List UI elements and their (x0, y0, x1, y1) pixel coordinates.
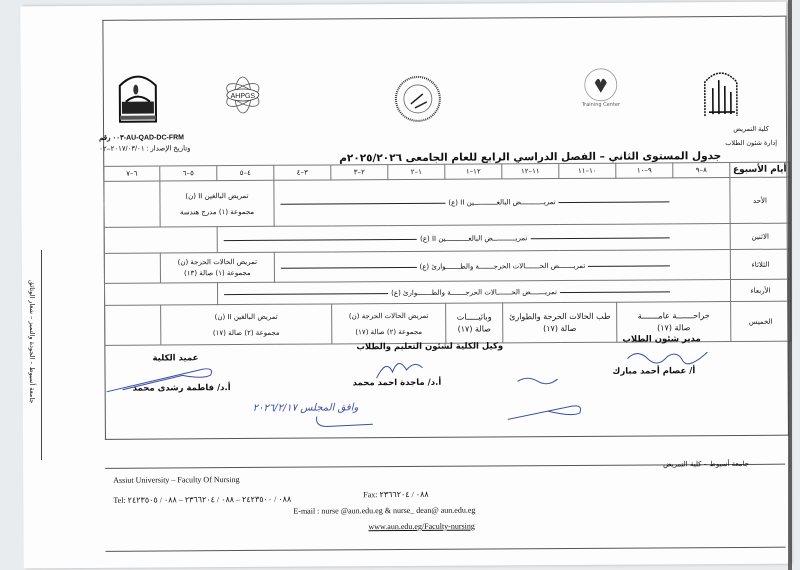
faculty-block: كلية التمريض إدارة شئون الطلاب (711, 122, 791, 150)
footer-fax: Fax: ٠٨٨ / ٢٣٦٦٢٠٤ (363, 490, 428, 499)
empty-cell (105, 305, 161, 345)
time-slot: ٨–٩ (673, 163, 730, 178)
footer-email: E-mail : nurse @aun.edu.eg & nurse_ dean… (293, 506, 475, 516)
day-name: الاثنين (730, 223, 790, 249)
approval-scribble (313, 412, 383, 432)
signature-extra (498, 373, 598, 424)
ahpgs-logo: AHPGS (221, 75, 265, 115)
scanner-edge (788, 0, 792, 570)
empty-cell (104, 227, 217, 254)
empty-cell (104, 181, 160, 227)
issue-date: وتاريخ الإصدار : ٢٠١٧/٠٣/٠١–٠٢ (99, 144, 209, 153)
footer-tel: Tel: ٠٨٨ / ٢٤٢٣٥٠٠ – ٠٨٨ / ٢٣٦٦٢٠٤ – ٠٨٨… (113, 495, 291, 505)
svg-text:AHPGS: AHPGS (231, 93, 256, 100)
day-row-sunday: الأحد تمريـــــــــــض البالغـــــــــــ… (104, 177, 790, 227)
student-affairs-title: مدير شئون الطلاب (622, 334, 700, 344)
time-slot: ١١–١٢ (502, 164, 559, 179)
quality-assurance-seal (393, 74, 443, 124)
time-slot: ٦–٧ (104, 166, 160, 181)
footer-university-en: Assiut University – Faculty Of Nursing (113, 475, 239, 485)
form-code-block: AU-QAD-DC-FRM-٠٠٣ رقم وتاريخ الإصدار : ٢… (99, 133, 209, 153)
time-slot: ١٠–١١ (559, 163, 616, 178)
day-row-tuesday: الثلاثاء تمريـــــــض الحـــــــالات الح… (104, 249, 790, 283)
form-code: AU-QAD-DC-FRM-٠٠٣ رقم (99, 133, 209, 142)
margin-note: جامعة أسيوط – الجودة والتميز – شعار الوث… (28, 280, 36, 403)
time-slot: ٤–٥ (217, 165, 274, 180)
class-cell: وبائيـــــات صالة (١٧) (446, 303, 503, 343)
class-cell: طب الحالات الحرجة والطوارئ صالة (١٧) (503, 302, 617, 343)
day-header: أيام الأسبوع (730, 162, 790, 177)
time-slot: ٥–٦ (160, 166, 217, 181)
time-slot: ١٢–١ (445, 164, 502, 179)
margin-line (41, 250, 42, 460)
class-cell: تمريـــــــض الحـــــــالات الحرجـــــــ… (274, 250, 730, 283)
class-cell: تمريض الحالات الحرجة (ن) مجموعة (١) صالة… (160, 252, 274, 283)
class-cell: تمريـــــــــــض البالغـــــــــــين II … (274, 178, 730, 227)
time-slot: ٩–١٠ (616, 163, 673, 178)
vice-dean-title: وكيل الكلية لشئون التعليم والطلاب (356, 341, 503, 352)
class-cell: تمريـــــــــــض البالغـــــــــــين II … (217, 224, 730, 253)
dean-name: أ.د/ فاطمة رشدى محمد (133, 383, 231, 394)
empty-cell (104, 283, 217, 306)
footer-university-ar: جامعة أسيوط – كلية التمريض (663, 460, 749, 469)
time-slot: ٢–٣ (331, 165, 388, 180)
time-slot: ١–٢ (388, 164, 445, 179)
svg-text:Training Center: Training Center (581, 102, 621, 108)
signature-student-affairs (622, 346, 712, 367)
empty-cell (104, 253, 160, 283)
class-cell: تمريض الحالات الحرجة (ن) مجموعة (٢) صالة… (332, 303, 446, 344)
scanned-page: AU-QAD-DC-FRM-٠٠٣ رقم وتاريخ الإصدار : ٢… (20, 2, 789, 569)
class-cell: تمريـــــــض الحـــــــالات الحرجـــــــ… (217, 280, 730, 305)
day-name: الأحد (730, 177, 790, 223)
time-slot: ٣–٤ (274, 165, 331, 180)
day-name: الثلاثاء (730, 249, 790, 279)
class-cell: تمريض البالغين II (ن) مجموعة (٢) صالة (١… (161, 304, 332, 345)
department-name: إدارة شئون الطلاب (711, 136, 791, 150)
vice-dean-name: أ.د/ ماجدة احمد محمد (353, 378, 442, 389)
day-name: الأربعاء (730, 279, 790, 301)
schedule-table: أيام الأسبوع ٨–٩ ٩–١٠ ١٠–١١ ١١–١٢ ١٢–١ ١… (103, 162, 791, 346)
faculty-name: كلية التمريض (711, 122, 791, 136)
footer-website-link[interactable]: www.aun.edu.eg/Faculty-nursing (368, 522, 474, 532)
dean-title: عميد الكلية (152, 353, 198, 363)
nursing-lamp-logo (116, 65, 160, 125)
faculty-of-nursing-logo (701, 68, 741, 118)
student-affairs-name: أ/ عصام أحمد مبارك (613, 366, 696, 377)
day-name: الخميس (731, 301, 791, 341)
training-center-logo: Training Center (579, 65, 623, 109)
class-cell: تمريض البالغين II (ن) مجموعة (١) مدرج هن… (160, 180, 274, 227)
